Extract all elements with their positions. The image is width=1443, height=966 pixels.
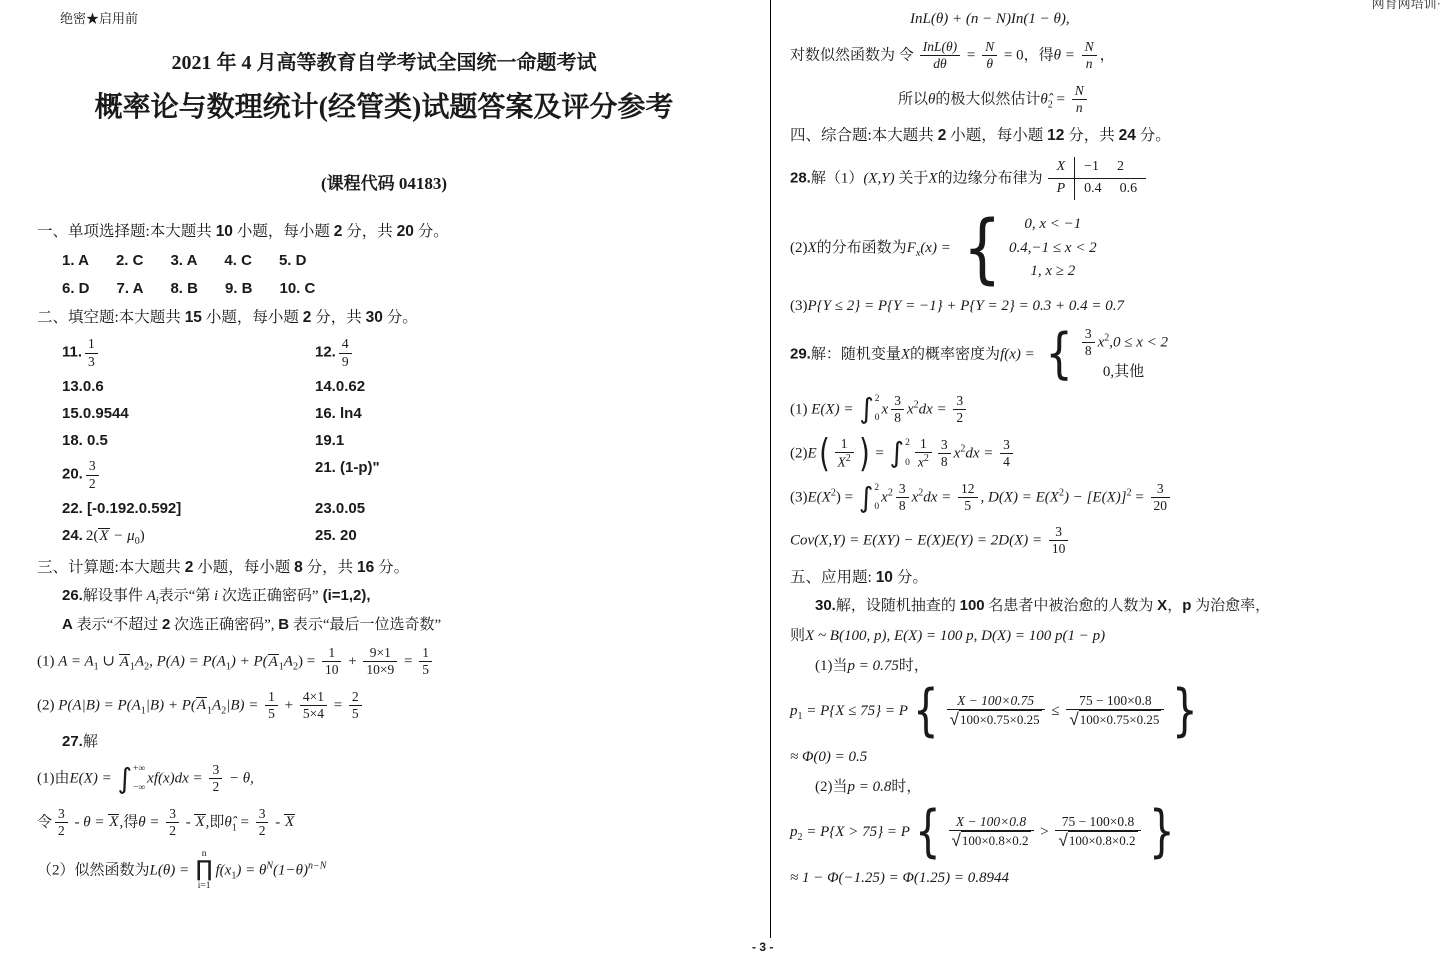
doc-line: 五、应用题: 10 分。 xyxy=(790,568,1440,589)
doc-line: 一、单项选择题:本大题共 10 小题，每小题 2 分，共 20 分。 xyxy=(37,222,752,243)
doc-line-cell: 25. 20 xyxy=(315,526,752,549)
doc-line: 30.解，设随机抽查的 100 名患者中被治愈的人数为 X，p 为治愈率， xyxy=(815,596,1440,616)
doc-line: p2 = P{X > 75} = P{X − 100×0.8√100×0.8×0… xyxy=(790,807,1440,857)
left-column: 一、单项选择题:本大题共 10 小题，每小题 2 分，共 20 分。1. A2.… xyxy=(37,213,752,902)
doc-line: 对数似然函数为 令InL(θ)dθ = Nθ = 0，得θ = Nn， xyxy=(790,39,1440,72)
doc-line: 三、计算题:本大题共 2 小题，每小题 8 分，共 16 分。 xyxy=(37,558,752,579)
doc-line-cell: 23.0.05 xyxy=(315,499,752,519)
doc-line: (1)当p = 0.75时， xyxy=(815,656,1440,676)
doc-line: 15.0.954416. ln4 xyxy=(62,404,752,424)
doc-line: 22. [-0.192.0.592]23.0.05 xyxy=(62,499,752,519)
document-header: 2021 年 4 月高等教育自学考试全国统一命题考试 概率论与数理统计(经管类)… xyxy=(28,46,740,194)
doc-line: (1) E(X) = ∫20x38x2dx = 32 xyxy=(790,393,1440,426)
doc-line-cell: 14.0.62 xyxy=(315,377,752,397)
doc-line: 26.解设事件 Ai表示“第 i 次选正确密码”(i=1,2), xyxy=(62,586,752,609)
doc-line: 则X ~ B(100, p), E(X) = 100 p, D(X) = 100… xyxy=(790,626,1440,646)
doc-line-cell: 15.0.9544 xyxy=(62,404,315,424)
doc-line: 24.2(X − μ0)25. 20 xyxy=(62,526,752,549)
doc-line: 13.0.614.0.62 xyxy=(62,377,752,397)
document-page: { "colors": {"text": "#1a1a1a", "backgro… xyxy=(0,0,1443,966)
exam-session-title: 2021 年 4 月高等教育自学考试全国统一命题考试 xyxy=(28,46,740,75)
doc-line: 27.解 xyxy=(62,732,752,752)
doc-line-cell: 21. (1-p)" xyxy=(315,458,752,491)
doc-line: 二、填空题:本大题共 15 小题，每小题 2 分，共 30 分。 xyxy=(37,308,752,329)
doc-line-cell: 16. ln4 xyxy=(315,404,752,424)
doc-line: ≈ Φ(0) = 0.5 xyxy=(790,747,1440,767)
doc-line: 29.解：随机变量X的概率密度为f(x) = {38x2,0 ≤ x < 20,… xyxy=(790,326,1440,383)
classification-label: 绝密★启用前 xyxy=(60,8,138,27)
doc-line: InL(θ) + (n − N)In(1 − θ), xyxy=(910,9,1440,29)
doc-line: 令32 - θ = X,得θ = 32 - X,即θ̂1 = 32 - X xyxy=(37,806,752,839)
doc-line: (3)P{Y ≤ 2} = P{Y = −1} + P{Y = 2} = 0.3… xyxy=(790,296,1440,316)
doc-line: （2）似然函数为L(θ) = n∏i=1f(x1) = θN(1−θ)n−N xyxy=(37,849,752,892)
doc-line-cell: 11.13 xyxy=(62,336,315,369)
doc-line: p1 = P{X ≤ 75} = P{X − 100×0.75√100×0.75… xyxy=(790,686,1440,736)
course-code: (课程代码 04183) xyxy=(28,169,740,194)
doc-line-cell: 18. 0.5 xyxy=(62,431,315,451)
doc-line: (2)X的分布函数为Fx(x) = {0, x < −10.4,−1 ≤ x <… xyxy=(790,210,1440,286)
doc-line: (2) P(A|B) = P(A1|B) + P(A1A2|B) = 15 + … xyxy=(37,689,752,722)
doc-line: 四、综合题:本大题共 2 小题，每小题 12 分，共 24 分。 xyxy=(790,126,1440,147)
doc-line: 11.1312.49 xyxy=(62,336,752,369)
doc-line: ≈ 1 − Φ(−1.25) = Φ(1.25) = 0.8944 xyxy=(790,868,1440,888)
doc-line: (2)E(1X2) = ∫201x238x2dx = 34 xyxy=(790,436,1440,471)
page-number: - 3 - xyxy=(752,940,773,954)
doc-line-cell: 13.0.6 xyxy=(62,377,315,397)
doc-line: 18. 0.519.1 xyxy=(62,431,752,451)
doc-line-cell: 12.49 xyxy=(315,336,752,369)
column-divider xyxy=(770,0,771,938)
doc-line: 20.3221. (1-p)" xyxy=(62,458,752,491)
doc-line: Cov(X,Y) = E(XY) − E(X)E(Y) = 2D(X) = 31… xyxy=(790,524,1440,557)
page-title: 概率论与数理统计(经管类)试题答案及评分参考 xyxy=(28,85,740,125)
doc-line: (1) A = A1 ∪ A1A2, P(A) = P(A1) + P(A1A2… xyxy=(37,645,752,678)
doc-line: 6. D7. A8. B9. B10. C xyxy=(62,279,752,299)
doc-line: (3)E(X2) = ∫20x238x2dx = 125, D(X) = E(X… xyxy=(790,481,1440,514)
doc-line: (1)由E(X) = ∫+∞−∞xf(x)dx = 32 − θ, xyxy=(37,762,752,795)
doc-line: 所以θ的极大似然估计θ̂2 = Nn xyxy=(898,83,1440,116)
doc-line: 1. A2. C3. A4. C5. D xyxy=(62,251,752,271)
doc-line: A 表示“不超过 2 次选正确密码”, B 表示“最后一位选奇数” xyxy=(62,615,752,635)
doc-line-cell: 19.1 xyxy=(315,431,752,451)
doc-line: 28.解（1）(X,Y) 关于X的边缘分布律为X−12P0.40.6 xyxy=(790,157,1440,200)
doc-line-cell: 20.32 xyxy=(62,458,315,491)
doc-line-cell: 24.2(X − μ0) xyxy=(62,526,315,549)
doc-line-cell: 22. [-0.192.0.592] xyxy=(62,499,315,519)
doc-line: (2)当p = 0.8时， xyxy=(815,777,1440,797)
right-column: InL(θ) + (n − N)In(1 − θ),对数似然函数为 令InL(θ… xyxy=(790,2,1440,898)
